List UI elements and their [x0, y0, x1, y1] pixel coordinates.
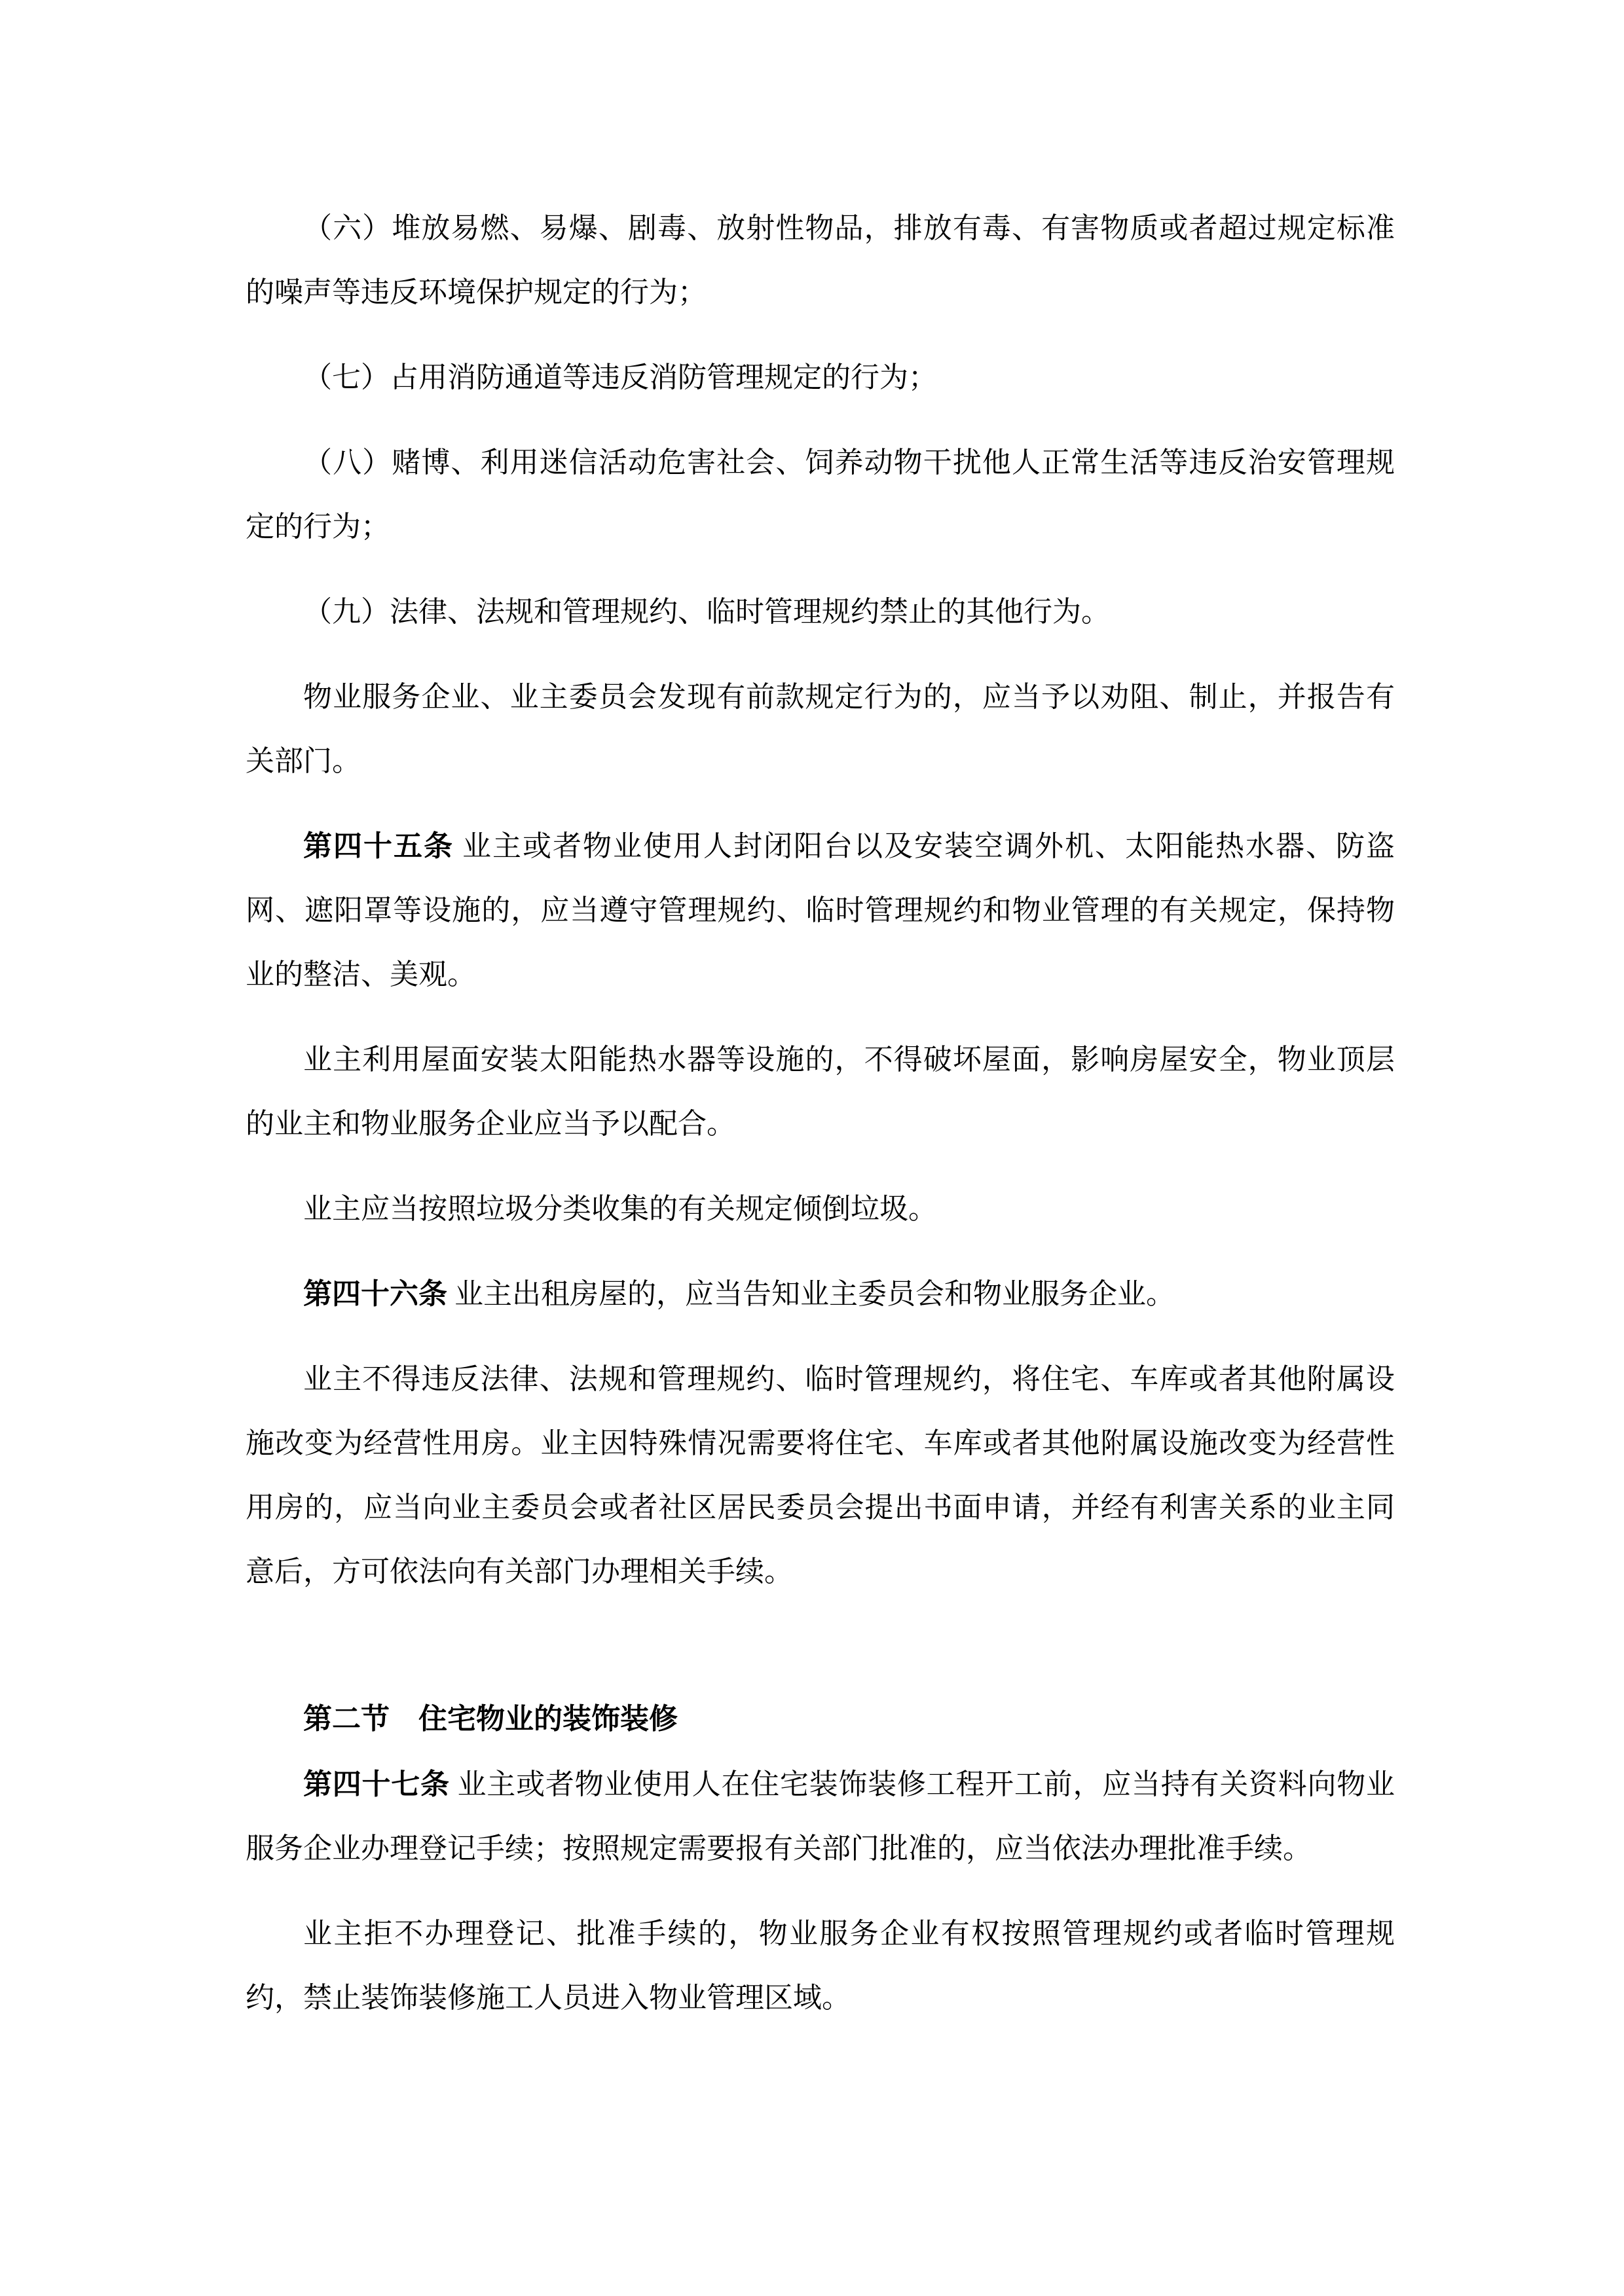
list-item-8: （八）赌博、利用迷信活动危害社会、饲养动物干扰他人正常生活等违反治安管理规定的行… [246, 431, 1395, 559]
section-2-heading-title: 住宅物业的装饰装修 [390, 1703, 678, 1735]
article-45-roof-paragraph: 业主利用屋面安装太阳能热水器等设施的，不得破坏屋面，影响房屋安全，物业顶层的业主… [246, 1028, 1395, 1156]
article-47-refusal-paragraph: 业主拒不办理登记、批准手续的，物业服务企业有权按照管理规约或者临时管理规约，禁止… [246, 1902, 1395, 2030]
article-47-number: 第四十七条 [303, 1768, 450, 1800]
article-45-roof-text: 业主利用屋面安装太阳能热水器等设施的，不得破坏屋面，影响房屋安全，物业顶层的业主… [246, 1044, 1395, 1140]
article-46-business-use-text: 业主不得违反法律、法规和管理规约、临时管理规约，将住宅、车库或者其他附属设施改变… [246, 1363, 1395, 1588]
list-item-9-text: （九）法律、法规和管理规约、临时管理规约禁止的其他行为。 [303, 596, 1110, 628]
article-46-text: 业主出租房屋的，应当告知业主委员会和物业服务企业。 [447, 1278, 1175, 1310]
list-item-8-text: （八）赌博、利用迷信活动危害社会、饲养动物干扰他人正常生活等违反治安管理规定的行… [246, 446, 1395, 543]
section-2-heading-number: 第二节 [303, 1703, 390, 1735]
list-item-7: （七）占用消防通道等违反消防管理规定的行为； [246, 346, 1395, 410]
article-47-paragraph: 第四十七条 业主或者物业使用人在住宅装饰装修工程开工前，应当持有关资料向物业服务… [246, 1753, 1395, 1881]
article-47-refusal-text: 业主拒不办理登记、批准手续的，物业服务企业有权按照管理规约或者临时管理规约，禁止… [246, 1918, 1395, 2014]
document-content: （六）堆放易燃、易爆、剧毒、放射性物品，排放有毒、有害物质或者超过规定标准的噪声… [246, 196, 1395, 2051]
list-item-7-text: （七）占用消防通道等违反消防管理规定的行为； [303, 361, 937, 393]
list-item-9: （九）法律、法规和管理规约、临时管理规约禁止的其他行为。 [246, 580, 1395, 644]
article-45-number: 第四十五条 [303, 830, 454, 862]
article-45-garbage-paragraph: 业主应当按照垃圾分类收集的有关规定倾倒垃圾。 [246, 1177, 1395, 1241]
enforcement-paragraph-text: 物业服务企业、业主委员会发现有前款规定行为的，应当予以劝阻、制止，并报告有关部门… [246, 681, 1395, 777]
section-2-heading: 第二节 住宅物业的装饰装修 [246, 1687, 1395, 1751]
article-46-paragraph: 第四十六条 业主出租房屋的，应当告知业主委员会和物业服务企业。 [246, 1262, 1395, 1326]
document-page: （六）堆放易燃、易爆、剧毒、放射性物品，排放有毒、有害物质或者超过规定标准的噪声… [0, 0, 1624, 2296]
enforcement-paragraph: 物业服务企业、业主委员会发现有前款规定行为的，应当予以劝阻、制止，并报告有关部门… [246, 665, 1395, 793]
article-45-paragraph: 第四十五条 业主或者物业使用人封闭阳台以及安装空调外机、太阳能热水器、防盗网、遮… [246, 814, 1395, 1007]
list-item-6-text: （六）堆放易燃、易爆、剧毒、放射性物品，排放有毒、有害物质或者超过规定标准的噪声… [246, 212, 1395, 308]
article-46-number: 第四十六条 [303, 1278, 447, 1310]
article-45-garbage-text: 业主应当按照垃圾分类收集的有关规定倾倒垃圾。 [303, 1193, 937, 1225]
list-item-6: （六）堆放易燃、易爆、剧毒、放射性物品，排放有毒、有害物质或者超过规定标准的噪声… [246, 196, 1395, 325]
article-46-business-use-paragraph: 业主不得违反法律、法规和管理规约、临时管理规约，将住宅、车库或者其他附属设施改变… [246, 1347, 1395, 1604]
